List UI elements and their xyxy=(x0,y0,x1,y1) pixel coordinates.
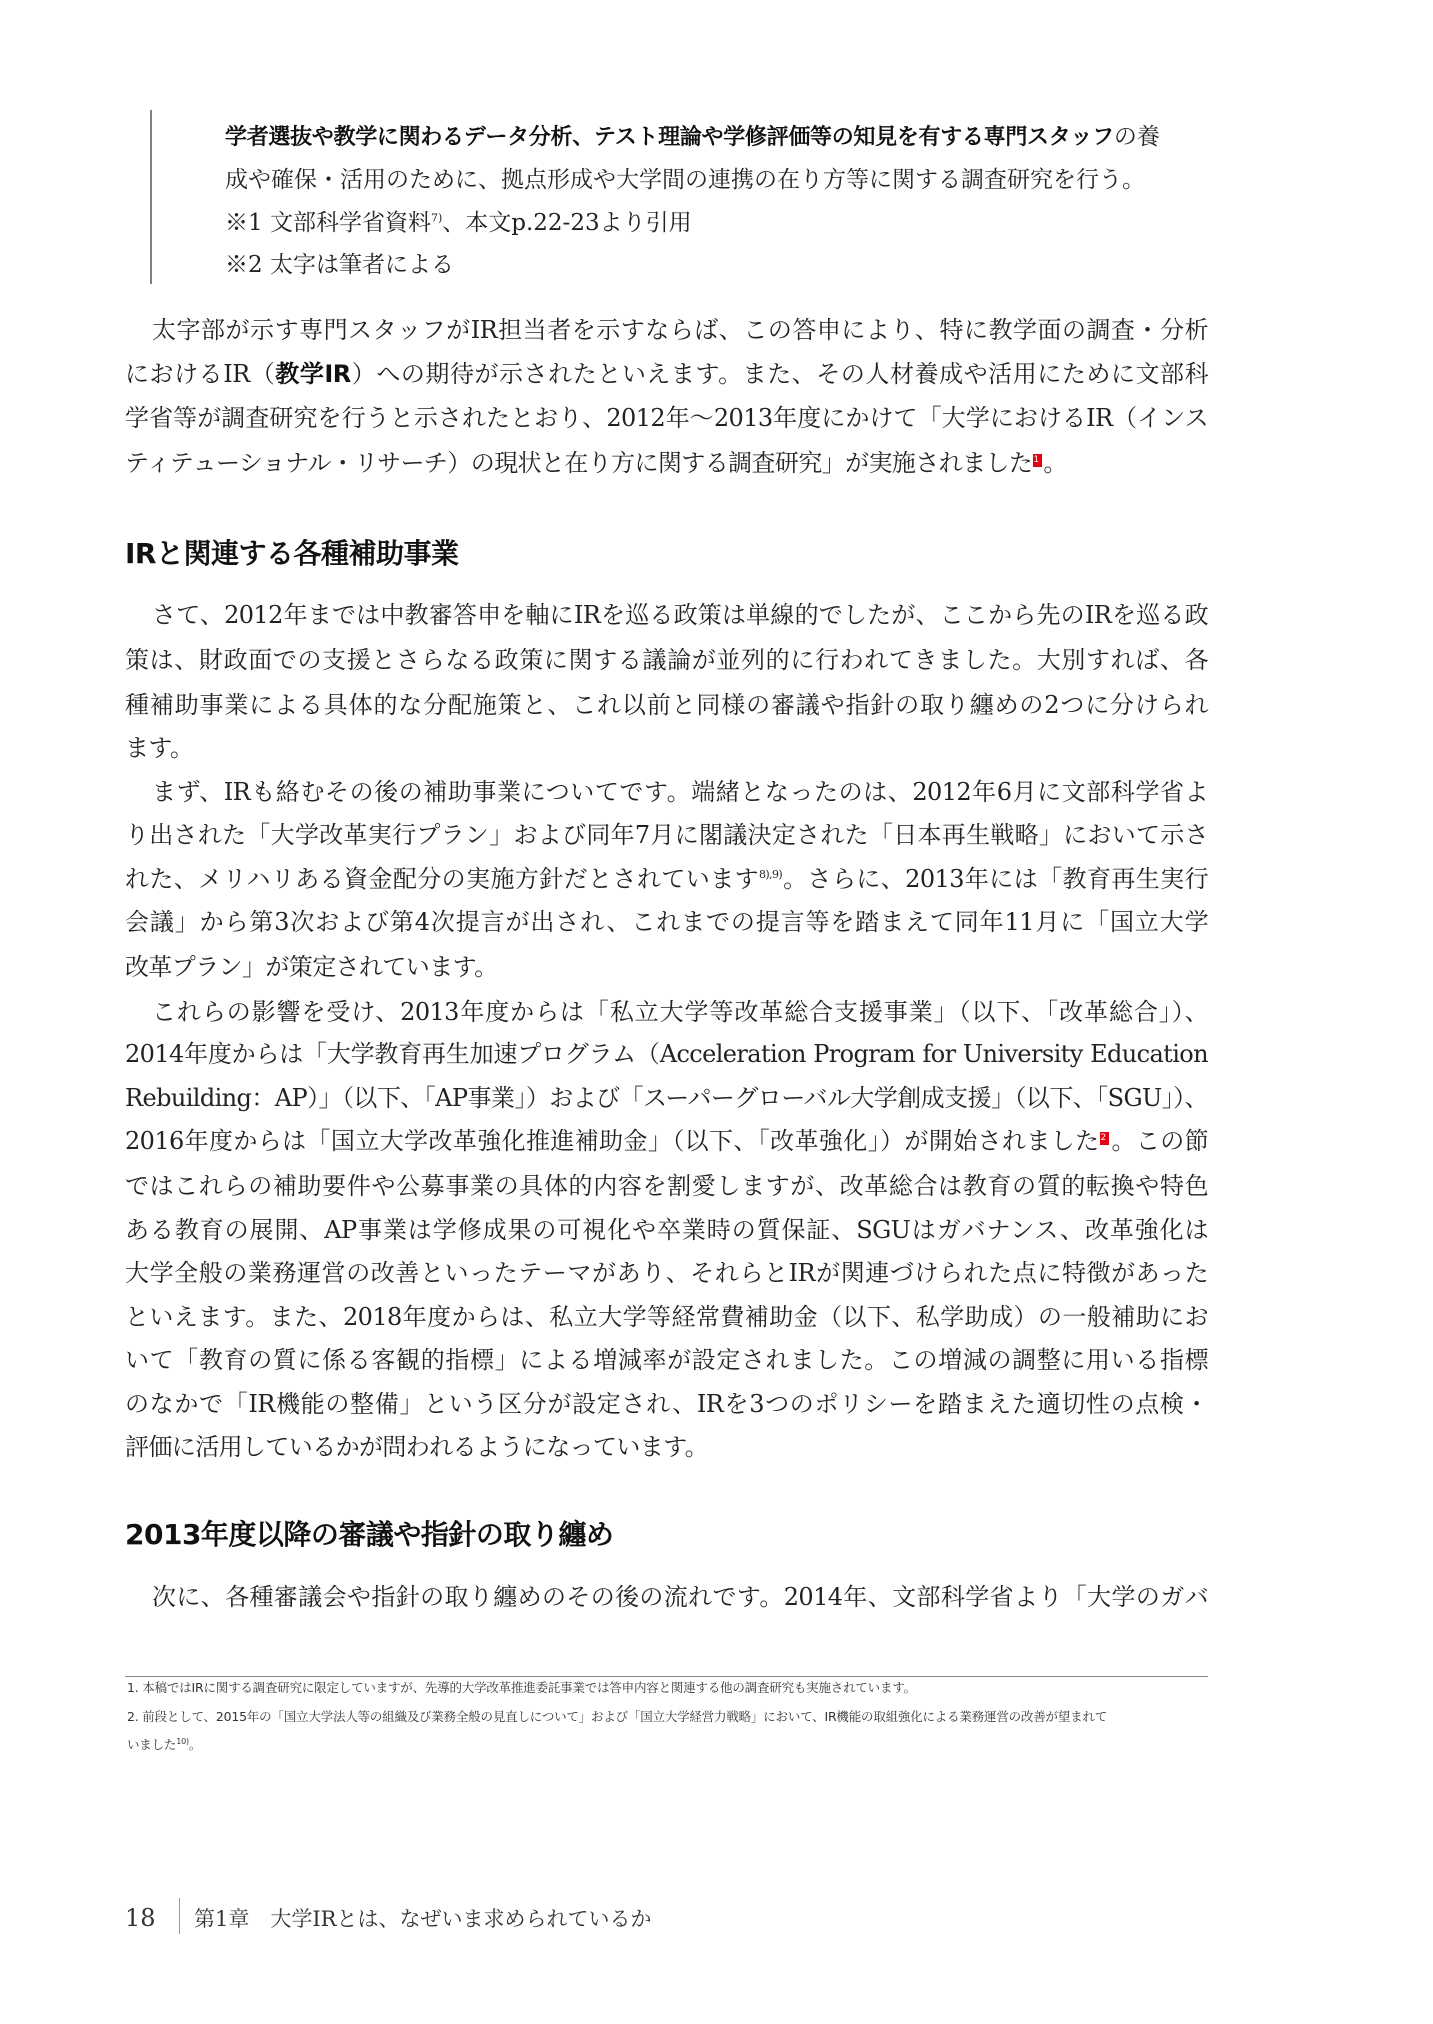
footnote-marker-2[interactable]: 2 xyxy=(1100,1132,1109,1145)
running-chapter-title: 第1章 大学IRとは、なぜいま求められているか xyxy=(194,1905,651,1933)
paragraph-line: 会議」から第3次および第4次提言が出され、これまでの提言等を踏まえて同年11月に… xyxy=(125,906,1208,938)
quote-bold-text: 学者選抜や教学に関わるデータ分析、テスト理論や学修評価等の知見を有する専門スタッ… xyxy=(225,125,1114,150)
paragraph-line: これらの影響を受け、2013年度からは「私立大学等改革総合支援事業」（以下、「改… xyxy=(125,996,1208,1028)
quote-note-text: ※2 太字は筆者による xyxy=(225,252,454,278)
paragraph-line: ある教育の展開、AP事業は学修成果の可視化や卒業時の質保証、SGUはガバナンス、… xyxy=(125,1214,1208,1246)
footnote-marker-1[interactable]: 1 xyxy=(1033,454,1042,467)
quote-note-text: ※1 文部科学省資料 xyxy=(225,210,431,236)
paragraph-line: 2014年度からは「大学教育再生加速プログラム（Acceleration Pro… xyxy=(125,1038,1208,1070)
page-number: 18 xyxy=(125,1903,156,1933)
quote-text: 成や確保・活用のために、拠点形成や大学間の連携の在り方等に関する調査研究を行う。 xyxy=(225,167,1145,193)
footnote-2: 2. 前段として、2015年の「国立大学法人等の組織及び業務全般の見直しについて… xyxy=(127,1707,1107,1727)
footnote-divider xyxy=(125,1676,1208,1677)
text-span: ティテューショナル・リサーチ）の現状と在り方に関する調査研究」が実施されました xyxy=(125,449,1032,477)
paragraph-line: 策は、財政面での支援とさらなる政策に関する議論が並列的に行われてきました。大別す… xyxy=(125,644,1208,676)
text-span: れた、メリハリある資金配分の実施方針だとされています xyxy=(125,865,759,893)
paragraph-line: さて、2012年までは中教審答申を軸にIRを巡る政策は単線的でしたが、ここから先… xyxy=(125,599,1208,631)
paragraph-line: いて「教育の質に係る客観的指標」による増減率が設定されました。この増減の調整に用… xyxy=(125,1344,1208,1376)
text-span: ）への期待が示されたといえます。また、その人材養成や活用にために文部科 xyxy=(351,360,1208,388)
paragraph-line: ティテューショナル・リサーチ）の現状と在り方に関する調査研究」が実施されました1… xyxy=(125,447,1208,479)
quote-note-1: ※1 文部科学省資料7)、本文p.22-23より引用 xyxy=(225,208,692,238)
paragraph-line: のなかで「IR機能の整備」という区分が設定され、IRを3つのポリシーを踏まえた適… xyxy=(125,1388,1208,1420)
paragraph-line: 次に、各種審議会や指針の取り纏めのその後の流れです。2014年、文部科学省より「… xyxy=(125,1581,1208,1613)
footnote-2-continued: いました10)。 xyxy=(127,1735,201,1755)
quote-text: の養 xyxy=(1114,124,1160,150)
quote-line-2: 成や確保・活用のために、拠点形成や大学間の連携の在り方等に関する調査研究を行う。 xyxy=(225,165,1145,195)
quote-note-2: ※2 太字は筆者による xyxy=(225,250,454,280)
text-span: 。 xyxy=(189,1737,201,1752)
quote-note-tail: 、本文p.22-23より引用 xyxy=(442,210,691,236)
footer-divider xyxy=(179,1898,180,1934)
paragraph-line: 改革プラン」が策定されています。 xyxy=(125,951,1208,983)
text-span: いました xyxy=(127,1737,176,1752)
paragraph-line: 太字部が示す専門スタッフがIR担当者を示すならば、この答申により、特に教学面の調… xyxy=(125,314,1208,346)
paragraph-line: れた、メリハリある資金配分の実施方針だとされています8),9)。さらに、2013… xyxy=(125,863,1208,895)
paragraph-line: Rebuilding：AP）」（以下、「AP事業」）および「スーパーグローバル大… xyxy=(125,1082,1208,1114)
text-span: 。さらに、2013年には「教育再生実行 xyxy=(782,865,1208,893)
paragraph-line: ます。 xyxy=(125,732,1208,764)
section-heading: 2013年度以降の審議や指針の取り纏め xyxy=(125,1517,613,1553)
text-span: 。 xyxy=(1043,449,1066,477)
paragraph-line: 種補助事業による具体的な分配施策と、これ以前と同様の審議や指針の取り纏めの2つに… xyxy=(125,689,1208,721)
paragraph-line: 大学全般の業務運営の改善といったテーマがあり、それらとIRが関連づけられた点に特… xyxy=(125,1257,1208,1289)
citation-superscript: 7) xyxy=(431,211,442,224)
footnote-1: 1. 本稿ではIRに関する調査研究に限定していますが、先導的大学改革推進委託事業… xyxy=(127,1678,916,1698)
citation-superscript: 8),9) xyxy=(759,868,782,881)
quote-line-1: 学者選抜や教学に関わるデータ分析、テスト理論や学修評価等の知見を有する専門スタッ… xyxy=(225,122,1160,153)
paragraph-line: 2016年度からは「国立大学改革強化推進補助金」（以下、「改革強化」）が開始され… xyxy=(125,1125,1208,1157)
paragraph-line: り出された「大学改革実行プラン」および同年7月に閣議決定された「日本再生戦略」に… xyxy=(125,819,1208,851)
section-heading: IRと関連する各種補助事業 xyxy=(125,536,458,572)
paragraph-line: といえます。また、2018年度からは、私立大学等経常費補助金（以下、私学助成）の… xyxy=(125,1301,1208,1333)
paragraph-line: まず、IRも絡むその後の補助事業についてです。端緒となったのは、2012年6月に… xyxy=(125,776,1208,808)
text-span: 2016年度からは「国立大学改革強化推進補助金」（以下、「改革強化」）が開始され… xyxy=(125,1127,1099,1155)
paragraph-line: 評価に活用しているかが問われるようになっています。 xyxy=(125,1431,1208,1463)
bold-term: 教学IR xyxy=(275,360,350,388)
document-page: 学者選抜や教学に関わるデータ分析、テスト理論や学修評価等の知見を有する専門スタッ… xyxy=(0,0,1433,2024)
text-span: 。この節 xyxy=(1110,1127,1208,1155)
paragraph-line: におけるIR（教学IR）への期待が示されたといえます。また、その人材養成や活用に… xyxy=(125,358,1208,390)
citation-superscript: 10) xyxy=(176,1737,189,1746)
paragraph-line: ではこれらの補助要件や公募事業の具体的内容を割愛しますが、改革総合は教育の質的転… xyxy=(125,1170,1208,1202)
text-span: におけるIR（ xyxy=(125,360,275,388)
paragraph-line: 学省等が調査研究を行うと示されたとおり、2012年～2013年度にかけて「大学に… xyxy=(125,402,1208,434)
